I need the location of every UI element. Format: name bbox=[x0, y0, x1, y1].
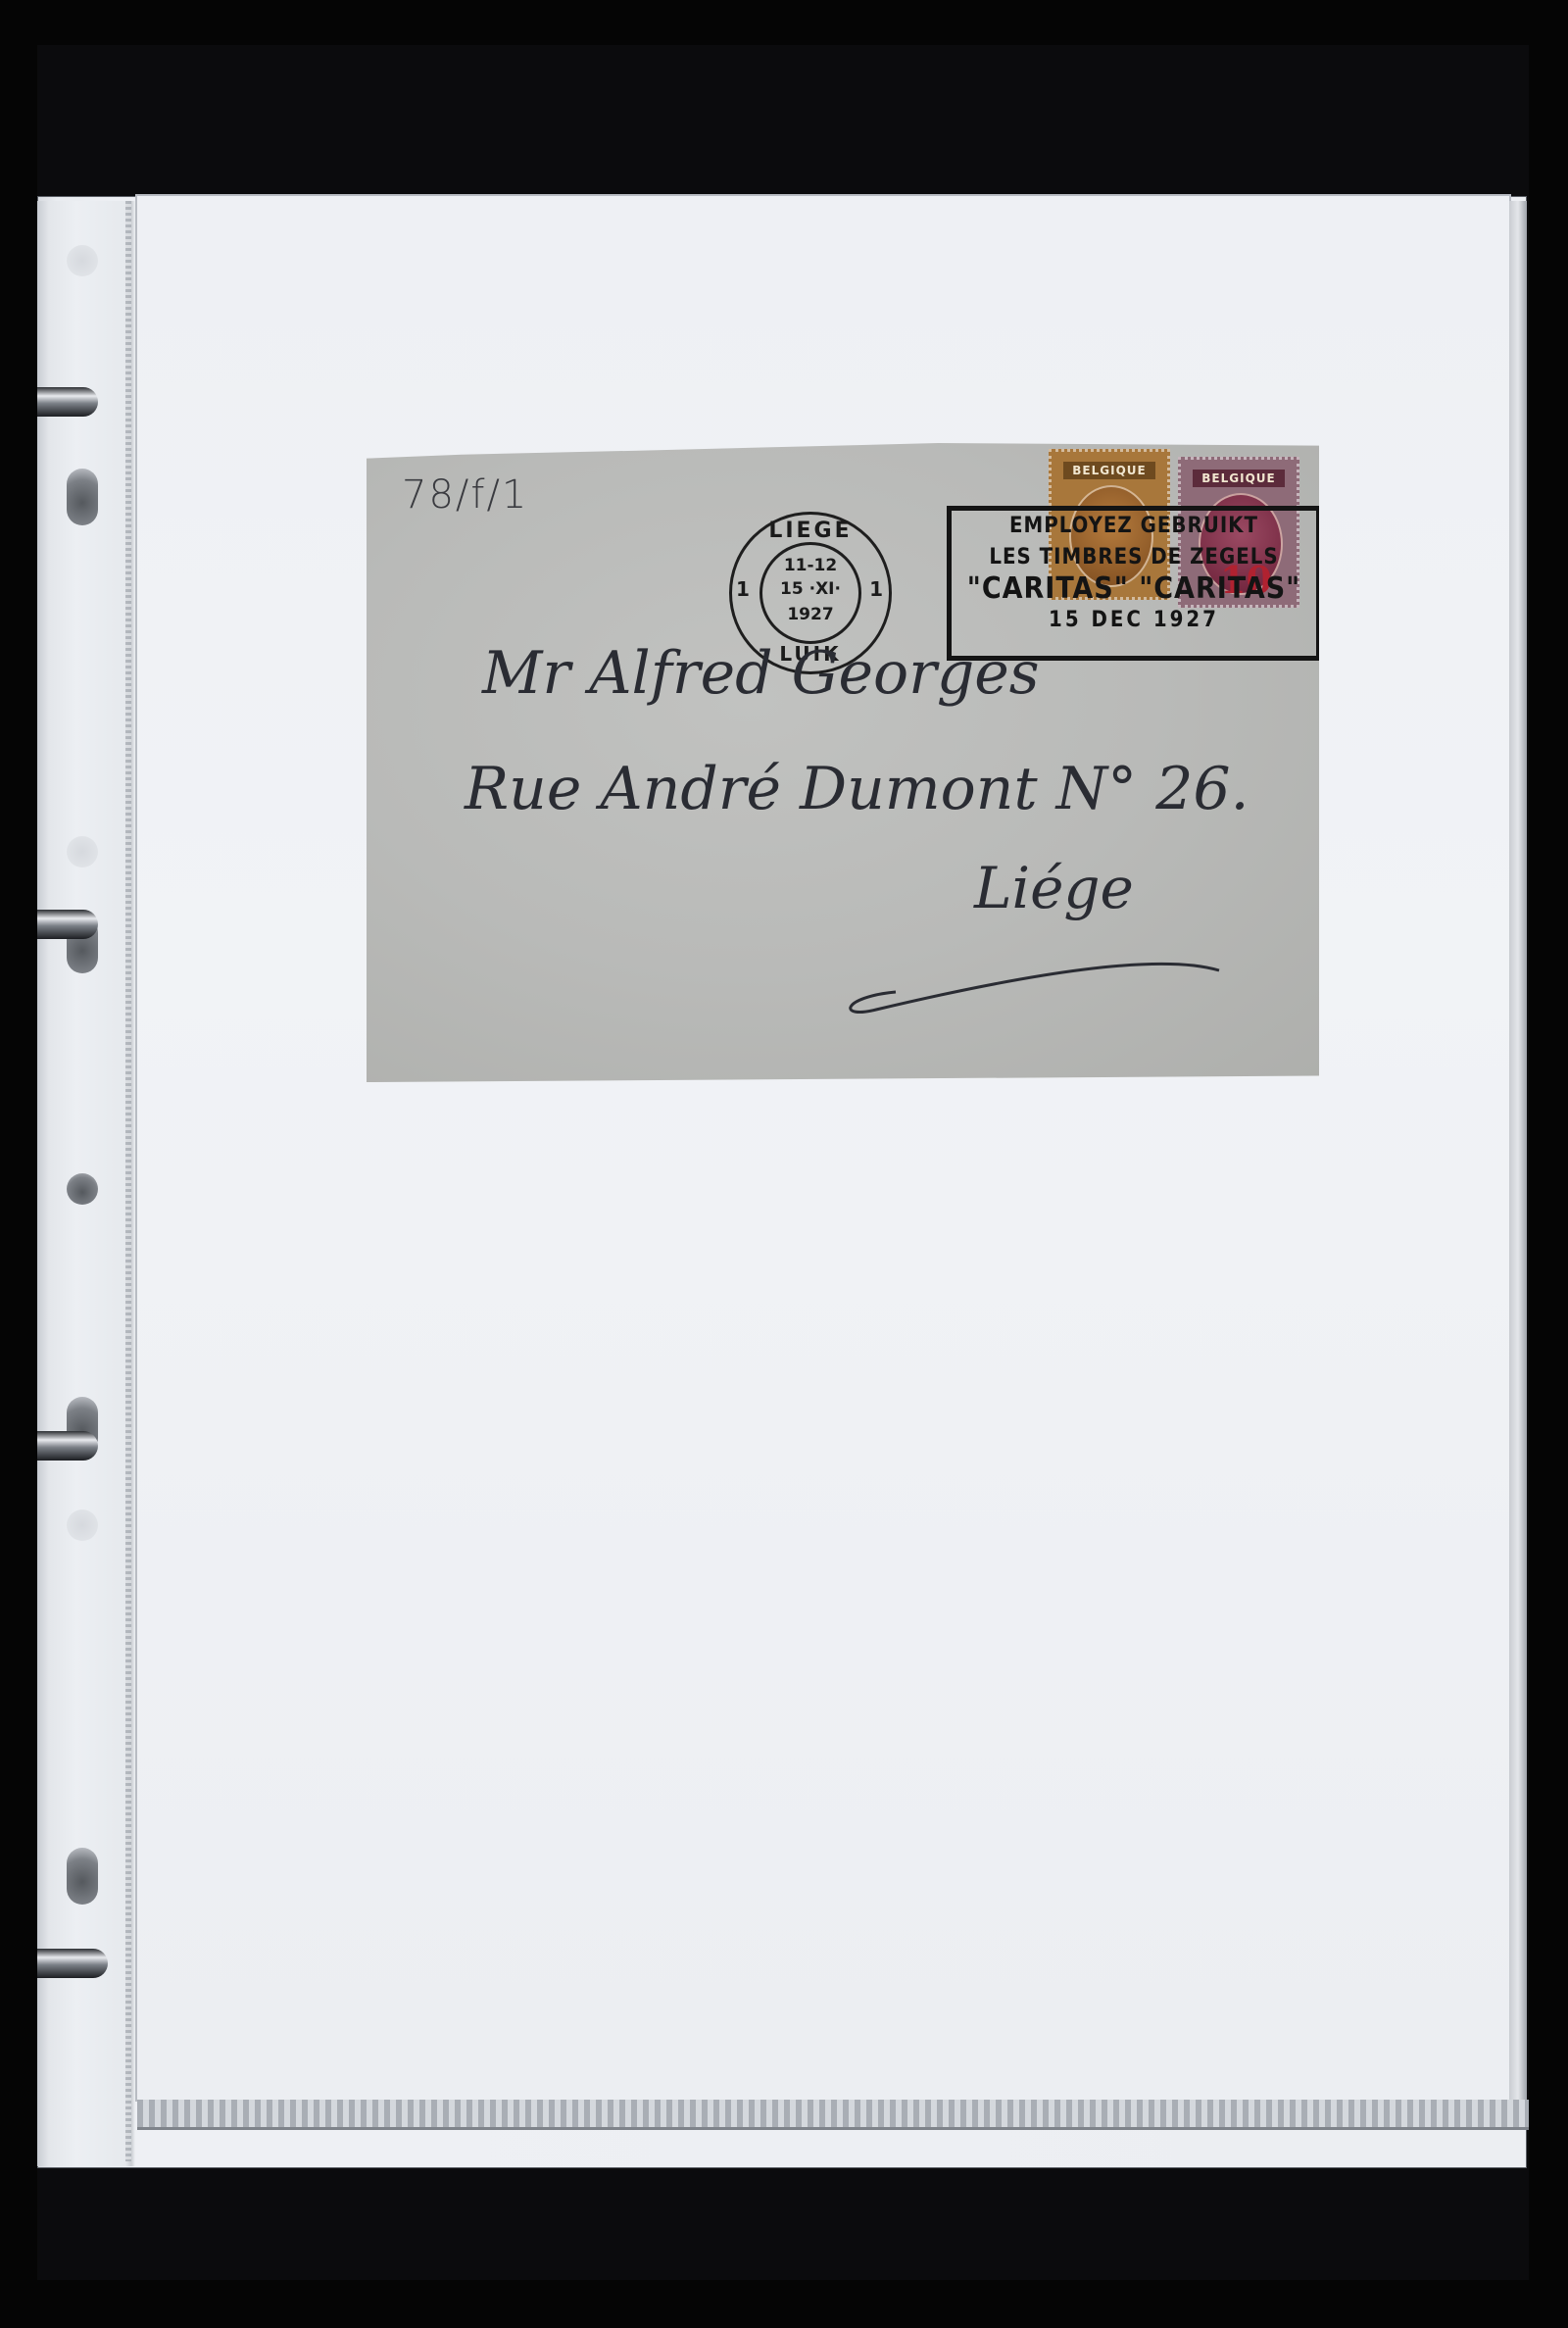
postmark-time: 11-12 bbox=[732, 556, 889, 575]
stamp-country: BELGIQUE bbox=[1063, 462, 1155, 479]
reference-note: 78/f/1 bbox=[402, 472, 528, 518]
stamp-country: BELGIQUE bbox=[1193, 470, 1285, 487]
postmark-year: 1927 bbox=[732, 605, 889, 624]
punch-hole bbox=[67, 245, 98, 276]
binder-ring bbox=[37, 1949, 108, 1978]
punch-hole bbox=[67, 836, 98, 867]
postmark-city: LIEGE bbox=[732, 519, 889, 543]
punch-hole bbox=[67, 469, 98, 525]
sleeve-bottom-welt bbox=[137, 2100, 1529, 2127]
caritas-slogan-cancel: EMPLOYEZ GEBRUIKT LES TIMBRES DE ZEGELS … bbox=[947, 506, 1321, 661]
sleeve-seam bbox=[125, 201, 131, 2161]
slogan-line: "CARITAS" "CARITAS" bbox=[952, 573, 1316, 605]
punch-hole bbox=[67, 1510, 98, 1541]
punch-hole bbox=[67, 1848, 98, 1905]
punch-hole bbox=[67, 1173, 98, 1205]
binder-ring bbox=[37, 910, 98, 939]
address-recipient: Mr Alfred Georges bbox=[482, 639, 1040, 708]
binder-ring bbox=[37, 387, 98, 417]
sleeve-right-edge bbox=[1509, 201, 1527, 2117]
underline-flourish-icon bbox=[837, 953, 1229, 1021]
slogan-line: EMPLOYEZ GEBRUIKT bbox=[952, 511, 1316, 542]
address-city: Liége bbox=[974, 855, 1134, 921]
postmark-date: 15 ·XI· bbox=[732, 579, 889, 599]
postal-cover: 78/f/1 BELGIQUE BELGIQUE 10 LIEGE 1 1 11… bbox=[367, 443, 1319, 1082]
slogan-line: LES TIMBRES DE ZEGELS bbox=[952, 542, 1316, 573]
slogan-date: 15 DEC 1927 bbox=[952, 605, 1316, 636]
binder-ring bbox=[37, 1431, 98, 1461]
address-street: Rue André Dumont N° 26. bbox=[465, 755, 1249, 823]
